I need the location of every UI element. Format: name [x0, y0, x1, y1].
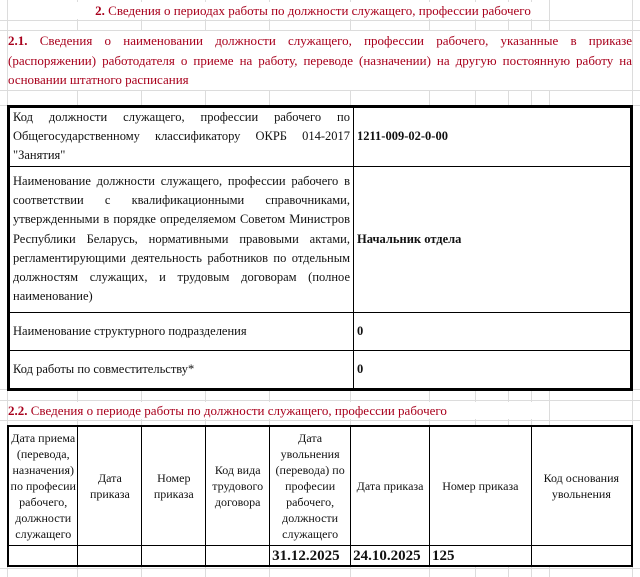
- table-row: Наименование должности служащего, профес…: [9, 166, 632, 312]
- okrb-code-label: Код должности служащего, профессии рабоч…: [9, 107, 354, 167]
- okrb-code-value[interactable]: 1211-009-02-0-00: [354, 107, 632, 167]
- section-2-1-heading: 2.1. Сведения о наименовании должности с…: [8, 31, 632, 90]
- part-time-code-value[interactable]: 0: [354, 350, 632, 389]
- position-name-label: Наименование должности служащего, профес…: [9, 166, 354, 312]
- section-number: 2.2.: [8, 403, 28, 418]
- cell-dismissal-order-date[interactable]: 24.10.2025: [351, 546, 430, 567]
- section-2-heading: 2. Сведения о периодах работы по должнос…: [77, 2, 549, 19]
- header-hire-order-number: Номер приказа: [142, 426, 206, 546]
- header-dismissal-reason-code: Код основания увольнения: [531, 426, 632, 546]
- section-title: Сведения о периодах работы по должности …: [108, 3, 531, 18]
- department-value[interactable]: 0: [354, 312, 632, 350]
- position-name-value[interactable]: Начальник отдела: [354, 166, 632, 312]
- section-number: 2.: [95, 3, 105, 18]
- section-number: 2.1.: [8, 33, 28, 48]
- table-header-row: Дата приема (перевода, назначения) по пр…: [8, 426, 632, 546]
- part-time-code-label: Код работы по совместительству*: [9, 350, 354, 389]
- section-2-2-heading: 2.2. Сведения о периоде работы по должно…: [8, 402, 548, 419]
- header-hire-order-date: Дата приказа: [78, 426, 142, 546]
- table-row: 31.12.2025 24.10.2025 125: [8, 546, 632, 567]
- cell-dismissal-date[interactable]: 31.12.2025: [270, 546, 351, 567]
- header-hire-date: Дата приема (перевода, назначения) по пр…: [8, 426, 78, 546]
- header-dismissal-order-date: Дата приказа: [351, 426, 430, 546]
- section-title: Сведения о периоде работы по должности с…: [31, 403, 447, 418]
- work-period-table: Дата приема (перевода, назначения) по пр…: [7, 425, 633, 567]
- header-dismissal-date: Дата увольнения (перевода) по професии р…: [270, 426, 351, 546]
- cell-hire-order-date[interactable]: [78, 546, 142, 567]
- department-label: Наименование структурного подразделения: [9, 312, 354, 350]
- cell-dismissal-order-number[interactable]: 125: [430, 546, 532, 567]
- section-text: Сведения о наименовании должности служащ…: [8, 33, 632, 87]
- header-contract-type-code: Код вида трудового договора: [206, 426, 270, 546]
- cell-hire-date[interactable]: [8, 546, 78, 567]
- table-row: Наименование структурного подразделения …: [9, 312, 632, 350]
- table-row: Код должности служащего, профессии рабоч…: [9, 107, 632, 167]
- position-info-table: Код должности служащего, профессии рабоч…: [7, 105, 633, 391]
- cell-hire-order-number[interactable]: [142, 546, 206, 567]
- cell-dismissal-reason-code[interactable]: [531, 546, 632, 567]
- cell-contract-type-code[interactable]: [206, 546, 270, 567]
- header-dismissal-order-number: Номер приказа: [430, 426, 532, 546]
- table-row: Код работы по совместительству* 0: [9, 350, 632, 389]
